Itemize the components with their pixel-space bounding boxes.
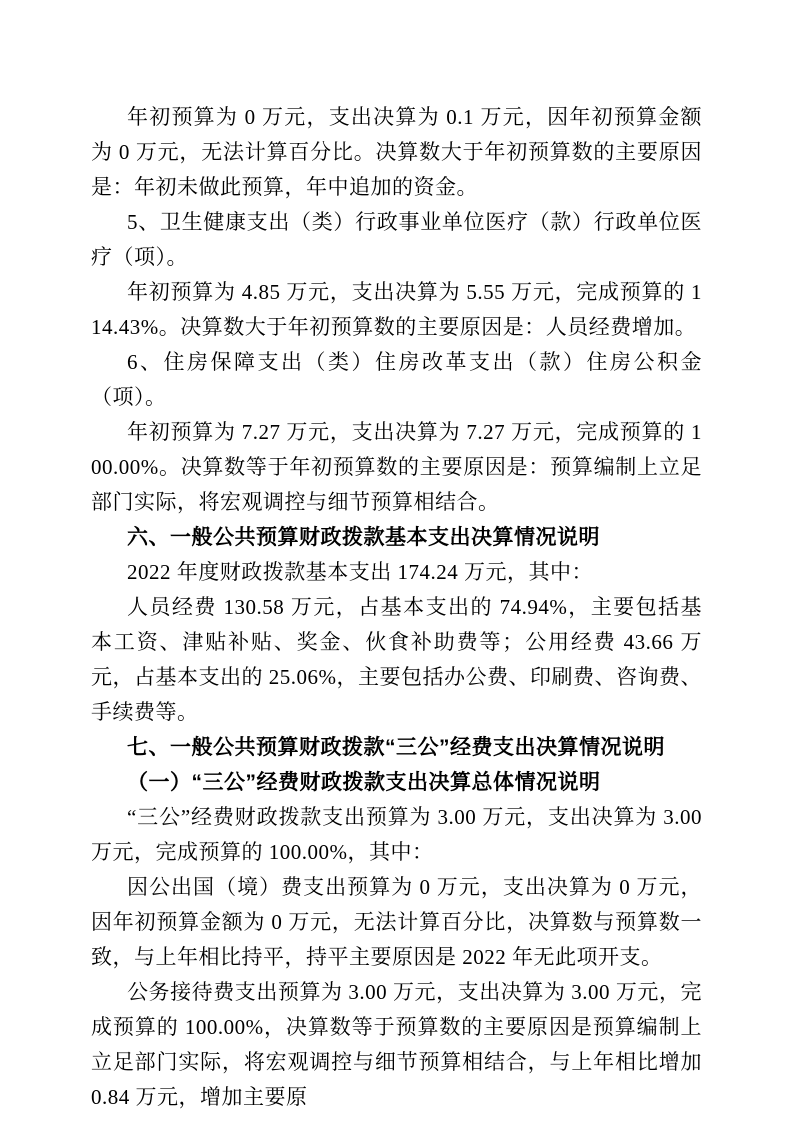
section-heading: 七、一般公共预算财政拨款“三公”经费支出决算情况说明 [91,730,702,765]
paragraph: 年初预算为 0 万元，支出决算为 0.1 万元，因年初预算金额为 0 万元，无法… [91,100,702,205]
paragraph: 6、住房保障支出（类）住房改革支出（款）住房公积金（项）。 [91,345,702,415]
section-heading: 六、一般公共预算财政拨款基本支出决算情况说明 [91,520,702,555]
document-body: 年初预算为 0 万元，支出决算为 0.1 万元，因年初预算金额为 0 万元，无法… [91,100,702,1115]
paragraph: 因公出国（境）费支出预算为 0 万元，支出决算为 0 万元，因年初预算金额为 0… [91,870,702,975]
paragraph: 5、卫生健康支出（类）行政事业单位医疗（款）行政单位医疗（项）。 [91,205,702,275]
paragraph: 年初预算为 7.27 万元，支出决算为 7.27 万元，完成预算的 100.00… [91,415,702,520]
paragraph: “三公”经费财政拨款支出预算为 3.00 万元，支出决算为 3.00 万元，完成… [91,800,702,870]
document-page: 年初预算为 0 万元，支出决算为 0.1 万元，因年初预算金额为 0 万元，无法… [0,0,793,1122]
paragraph: 人员经费 130.58 万元，占基本支出的 74.94%，主要包括基本工资、津贴… [91,590,702,730]
paragraph: 2022 年度财政拨款基本支出 174.24 万元，其中： [91,555,702,590]
paragraph: 年初预算为 4.85 万元，支出决算为 5.55 万元，完成预算的 114.43… [91,275,702,345]
section-heading: （一）“三公”经费财政拨款支出决算总体情况说明 [91,765,702,800]
paragraph: 公务接待费支出预算为 3.00 万元，支出决算为 3.00 万元，完成预算的 1… [91,975,702,1115]
